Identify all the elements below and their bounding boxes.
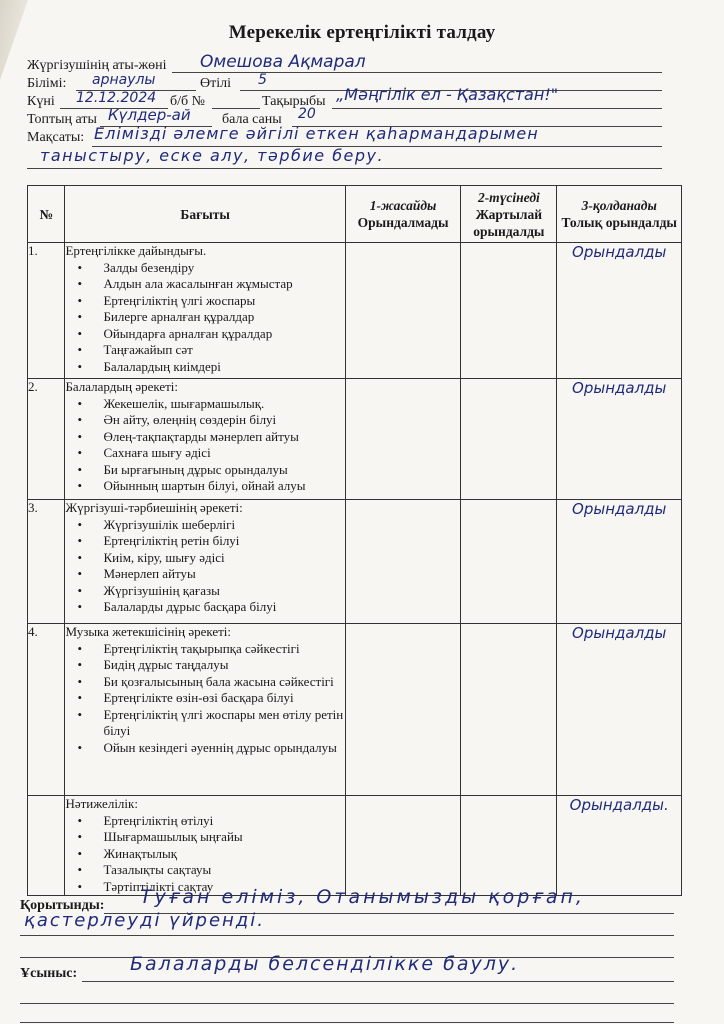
date-value[interactable]: 12.12.2024 <box>76 90 156 106</box>
row-direction: Балалардың әрекеті:Жекешелік, шығармашыл… <box>65 379 345 500</box>
document-page: Мерекелік ертеңгілікті талдау Жүргізушін… <box>0 0 724 1024</box>
rating-cell-col1[interactable] <box>345 624 460 796</box>
criteria-item: Тазалықты сақтауы <box>77 862 344 879</box>
header-col3-top: 3-қолданады <box>557 197 681 214</box>
row-criteria-list: Жекешелік, шығармашылық.Ән айту, өлеңнің… <box>65 396 344 495</box>
row-criteria-list: Ертеңгіліктің өтілуіШығармашылық ыңғайыЖ… <box>65 813 344 896</box>
rating-cell-col3[interactable]: Орындалды <box>557 500 682 624</box>
topic-label: Тақырыбы <box>262 94 326 110</box>
row-direction: Музыка жетекшісінің әрекеті:Ертеңгілікті… <box>65 624 345 796</box>
rating-cell-col2[interactable] <box>461 500 557 624</box>
header-col3: 3-қолданады Толық орындалды <box>557 186 682 243</box>
evaluation-table: № Бағыты 1-жасайды Орындалмады 2-түсінед… <box>27 185 682 896</box>
table-row: 1.Ертеңгілікке дайындығы.Залды безендіру… <box>28 243 682 379</box>
header-col3-bottom: Толық орындалды <box>561 215 676 230</box>
row-number <box>28 796 65 896</box>
criteria-item: Би ырғағының дұрыс орындалуы <box>77 462 344 479</box>
criteria-item: Ойындарға арналған құралдар <box>77 326 344 343</box>
recommendation-underline-3 <box>20 1022 674 1023</box>
rating-cell-col3[interactable]: Орындалды. <box>557 796 682 896</box>
table-row: 4.Музыка жетекшісінің әрекеті:Ертеңгілік… <box>28 624 682 796</box>
recommendation-value[interactable]: Балаларды белсенділікке баулу. <box>130 953 519 975</box>
criteria-item: Ән айту, өлеңнің сөздерін білуі <box>77 412 344 429</box>
date-label: Күні <box>27 94 55 110</box>
criteria-item: Ертеңгіліктің тақырыпқа сәйкестігі <box>77 641 344 658</box>
document-title: Мерекелік ертеңгілікті талдау <box>0 22 724 44</box>
table-row: Нәтижелілік:Ертеңгіліктің өтілуіШығармаш… <box>28 796 682 896</box>
goal-value-line1[interactable]: Елімізді әлемге әйгілі еткен қаһармандар… <box>94 124 539 143</box>
criteria-item: Мәнерлеп айтуы <box>77 566 344 583</box>
education-value[interactable]: арнаулы <box>92 72 156 88</box>
criteria-item: Ертеңгіліктің өтілуі <box>77 813 344 830</box>
rating-cell-col3[interactable]: Орындалды <box>557 624 682 796</box>
rating-mark: Орындалды <box>572 379 666 397</box>
experience-value[interactable]: 5 <box>258 72 267 88</box>
conclusion-value-line2[interactable]: қастерлеуді үйренді. <box>24 910 265 931</box>
rating-mark: Орындалды. <box>570 796 669 814</box>
criteria-item: Балаларды дұрыс басқара білуі <box>77 599 344 616</box>
header-direction: Бағыты <box>65 186 345 243</box>
rating-cell-col2[interactable] <box>461 624 557 796</box>
conclusion-value-line1[interactable]: Туған еліміз, Отанымызды қорғап, <box>140 886 585 908</box>
header-col2-bottom: Жартылай орындалды <box>473 207 544 239</box>
rating-cell-col1[interactable] <box>345 379 460 500</box>
row-number: 2. <box>28 379 65 500</box>
goal-value-line2[interactable]: таныстыру, еске алу, тәрбие беру. <box>40 146 384 165</box>
rating-mark: Орындалды <box>572 500 666 518</box>
table-row: 2.Балалардың әрекеті:Жекешелік, шығармаш… <box>28 379 682 500</box>
criteria-item: Залды безендіру <box>77 260 344 277</box>
header-col2: 2-түсінеді Жартылай орындалды <box>461 186 557 243</box>
presenter-value[interactable]: Омешова Ақмарал <box>200 52 366 72</box>
experience-label: Өтілі <box>200 76 231 92</box>
row-number: 1. <box>28 243 65 379</box>
topic-value[interactable]: „Мәңгілік ел - Қазақстан!" <box>336 85 558 104</box>
row-heading: Ертеңгілікке дайындығы. <box>65 243 344 260</box>
criteria-item: Жүргізушінің қағазы <box>77 583 344 600</box>
topic-underline <box>332 108 662 109</box>
criteria-item: Жекешелік, шығармашылық. <box>77 396 344 413</box>
criteria-item: Жүргізушілік шеберлігі <box>77 517 344 534</box>
row-heading: Нәтижелілік: <box>65 796 344 813</box>
criteria-item: Өлең-тақпақтарды мәнерлеп айтуы <box>77 429 344 446</box>
criteria-item: Бидің дұрыс таңдалуы <box>77 657 344 674</box>
group-label: Топтың аты <box>27 112 97 128</box>
row-number: 3. <box>28 500 65 624</box>
row-criteria-list: Залды безендіруАлдын ала жасалынған жұмы… <box>65 260 344 376</box>
row-heading: Музыка жетекшісінің әрекеті: <box>65 624 344 641</box>
conclusion-underline-2 <box>20 935 674 936</box>
rating-cell-col2[interactable] <box>461 796 557 896</box>
rating-mark: Орындалды <box>572 624 666 642</box>
header-num: № <box>28 186 65 243</box>
criteria-item: Шығармашылық ыңғайы <box>77 829 344 846</box>
goal-underline-2 <box>27 168 662 169</box>
row-criteria-list: Ертеңгіліктің тақырыпқа сәйкестігіБидің … <box>65 641 344 757</box>
table-header-row: № Бағыты 1-жасайды Орындалмады 2-түсінед… <box>28 186 682 243</box>
row-heading: Балалардың әрекеті: <box>65 379 344 396</box>
criteria-item: Билерге арналған құралдар <box>77 309 344 326</box>
criteria-item: Ойынның шартын білуі, ойнай алуы <box>77 478 344 495</box>
criteria-item: Балалардың киімдері <box>77 359 344 376</box>
recommendation-underline-1 <box>82 981 674 982</box>
rating-cell-col2[interactable] <box>461 379 557 500</box>
table-body: 1.Ертеңгілікке дайындығы.Залды безендіру… <box>28 243 682 896</box>
criteria-item: Ертеңгіліктің үлгі жоспары <box>77 293 344 310</box>
header-col2-top: 2-түсінеді <box>461 189 556 206</box>
criteria-item: Ертеңгілікте өзін-өзі басқара білуі <box>77 690 344 707</box>
criteria-item: Сахнаға шығу әдісі <box>77 445 344 462</box>
goal-label: Мақсаты: <box>27 130 84 146</box>
table-row: 3.Жүргізуші-тәрбиешінің әрекеті:Жүргізуш… <box>28 500 682 624</box>
rating-cell-col1[interactable] <box>345 243 460 379</box>
row-direction: Нәтижелілік:Ертеңгіліктің өтілуіШығармаш… <box>65 796 345 896</box>
criteria-item: Би қозғалысының бала жасына сәйкестігі <box>77 674 344 691</box>
rating-cell-col1[interactable] <box>345 796 460 896</box>
header-col1-top: 1-жасайды <box>346 197 460 214</box>
criteria-item: Ертеңгіліктің ретін білуі <box>77 533 344 550</box>
row-direction: Ертеңгілікке дайындығы.Залды безендіруАл… <box>65 243 345 379</box>
children-count-value[interactable]: 20 <box>298 106 316 122</box>
criteria-item: Ойын кезіндегі әуеннің дұрыс орындалуы <box>77 740 344 757</box>
row-criteria-list: Жүргізушілік шеберлігіЕртеңгіліктің реті… <box>65 517 344 616</box>
criteria-item: Киім, кіру, шығу әдісі <box>77 550 344 567</box>
recommendation-underline-2 <box>20 1003 674 1004</box>
recommendation-label: Ұсыныс: <box>20 966 77 982</box>
rating-cell-col3[interactable]: Орындалды <box>557 379 682 500</box>
rating-cell-col1[interactable] <box>345 500 460 624</box>
rating-cell-col3[interactable]: Орындалды <box>557 243 682 379</box>
row-heading: Жүргізуші-тәрбиешінің әрекеті: <box>65 500 344 517</box>
criteria-item: Таңғажайып сәт <box>77 342 344 359</box>
org-no-underline <box>212 108 260 109</box>
rating-mark: Орындалды <box>572 243 666 261</box>
header-col1: 1-жасайды Орындалмады <box>345 186 460 243</box>
row-direction: Жүргізуші-тәрбиешінің әрекеті:Жүргізушіл… <box>65 500 345 624</box>
row-number: 4. <box>28 624 65 796</box>
criteria-item: Ертеңгіліктің үлгі жоспары мен өтілу рет… <box>77 707 344 740</box>
rating-cell-col2[interactable] <box>461 243 557 379</box>
group-value[interactable]: Күлдер-ай <box>108 106 191 124</box>
presenter-underline <box>172 72 662 73</box>
header-col1-bottom: Орындалмады <box>358 215 449 230</box>
criteria-item: Жинақтылық <box>77 846 344 863</box>
criteria-item: Алдын ала жасалынған жұмыстар <box>77 276 344 293</box>
education-label: Білімі: <box>27 76 66 92</box>
